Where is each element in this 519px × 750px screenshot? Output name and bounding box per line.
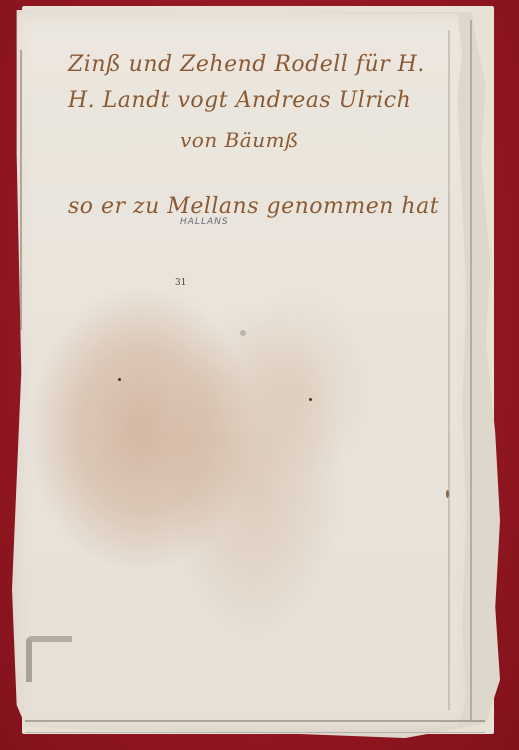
manuscript-cover-page	[12, 10, 476, 734]
ink-speck	[446, 490, 449, 498]
pencil-annotation: HALLANS	[180, 217, 229, 227]
left-edge-fold	[20, 50, 22, 330]
small-ink-mark: 31	[175, 278, 186, 288]
manuscript-line-2: H. Landt vogt Andreas Ulrich	[68, 88, 411, 113]
manuscript-line-4: so er zu Mellans genommen hat	[68, 194, 439, 219]
bottom-frayed-edge	[25, 720, 485, 733]
corner-tear-mark	[26, 636, 72, 682]
manuscript-line-1: Zinß und Zehend Rodell für H.	[68, 52, 425, 77]
right-page-edge-1	[448, 30, 450, 710]
right-page-edge-2	[470, 20, 472, 720]
ink-speck	[309, 398, 312, 401]
ink-speck	[118, 378, 121, 381]
manuscript-line-3: von Bäumß	[180, 128, 299, 152]
ink-speck	[240, 330, 246, 336]
